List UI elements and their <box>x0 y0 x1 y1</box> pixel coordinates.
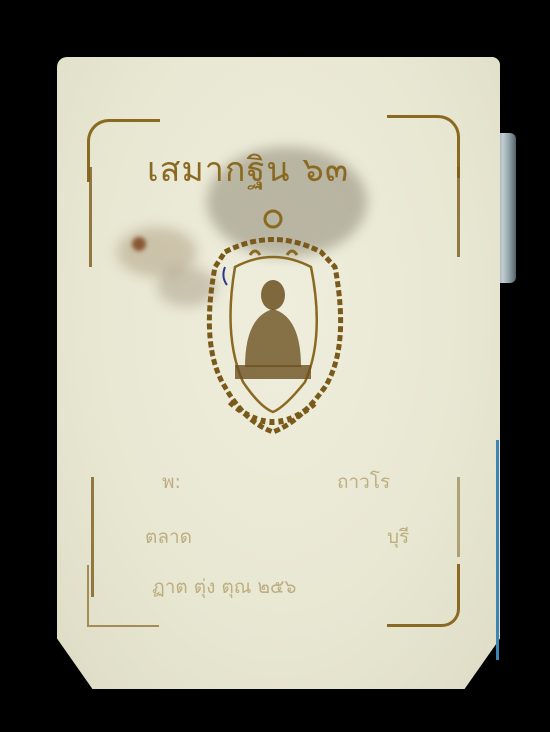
inscription-line1-left: พ: <box>162 467 181 497</box>
box-title: เสมากฐิน ๖๓ <box>147 142 407 196</box>
inscription-line2-left: ตลาด <box>145 522 192 552</box>
inscription-line2-right: บุรี <box>387 522 409 552</box>
amulet-box-front: เสมากฐิน ๖๓ พ: ถาวโร ตลาด บุรี ฏาต ตุ่ง … <box>57 57 500 689</box>
ornament-bottom-left <box>87 565 159 627</box>
border-line-left-top <box>89 167 92 267</box>
border-line-right-bottom <box>457 477 460 557</box>
border-line-right-top <box>457 167 460 257</box>
monk-medallion-icon <box>205 207 355 442</box>
inscription-line3: ฏาต ตุ่ง ตุณ ๒๕๖ <box>152 572 296 602</box>
border-line-left-bottom <box>91 477 94 597</box>
edge-accent <box>496 440 499 660</box>
ornament-bottom-right <box>387 564 460 627</box>
inscription-line1-right: ถาวโร <box>337 467 390 497</box>
